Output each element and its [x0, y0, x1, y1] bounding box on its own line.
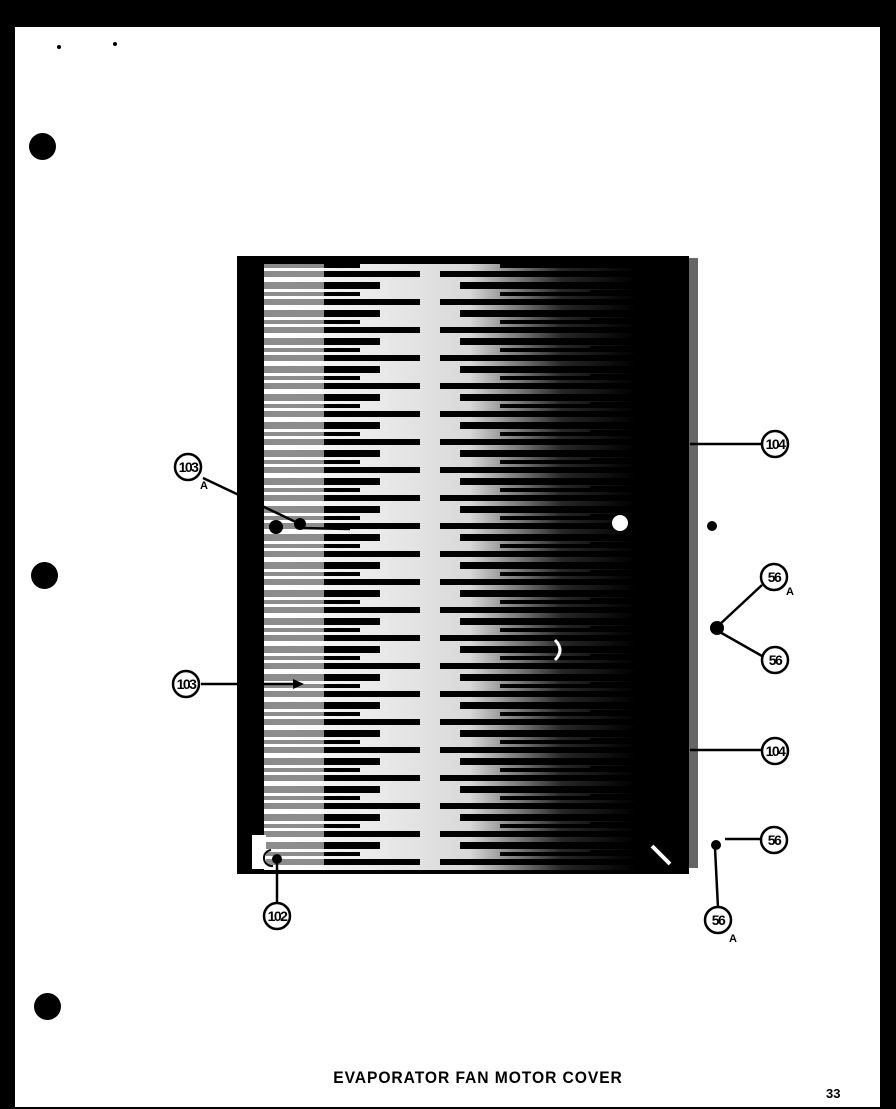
svg-text:56: 56 — [768, 569, 782, 585]
callout-104-lower[interactable]: 104 — [762, 738, 788, 764]
svg-text:104: 104 — [766, 436, 787, 452]
page-number: 33 — [826, 1086, 840, 1101]
callout-103[interactable]: 103 — [173, 671, 199, 697]
fan-motor-cover-photo — [237, 256, 698, 874]
svg-text:103: 103 — [177, 676, 198, 692]
callout-56-lower[interactable]: 56 — [761, 827, 787, 853]
figure-caption: EVAPORATOR FAN MOTOR COVER — [314, 1068, 642, 1088]
callout-56-upper[interactable]: 56 — [762, 647, 788, 673]
callout-104-upper[interactable]: 104 — [762, 431, 788, 457]
svg-text:56: 56 — [712, 912, 726, 928]
svg-text:104: 104 — [766, 743, 787, 759]
callout-56a-lower[interactable]: 56 A — [705, 907, 737, 945]
callout-102[interactable]: 102 — [264, 903, 290, 929]
callout-56a-upper[interactable]: 56 A — [761, 564, 794, 598]
svg-text:103: 103 — [179, 459, 200, 475]
parts-diagram: 103 A 104 56 A 56 103 104 56 56 A 102 — [0, 0, 896, 1109]
svg-text:A: A — [729, 933, 737, 945]
svg-text:A: A — [200, 480, 208, 492]
svg-text:56: 56 — [769, 652, 783, 668]
svg-text:A: A — [786, 586, 794, 598]
callout-103a[interactable]: 103 A — [175, 454, 208, 492]
svg-text:56: 56 — [768, 832, 782, 848]
svg-text:102: 102 — [268, 908, 289, 924]
